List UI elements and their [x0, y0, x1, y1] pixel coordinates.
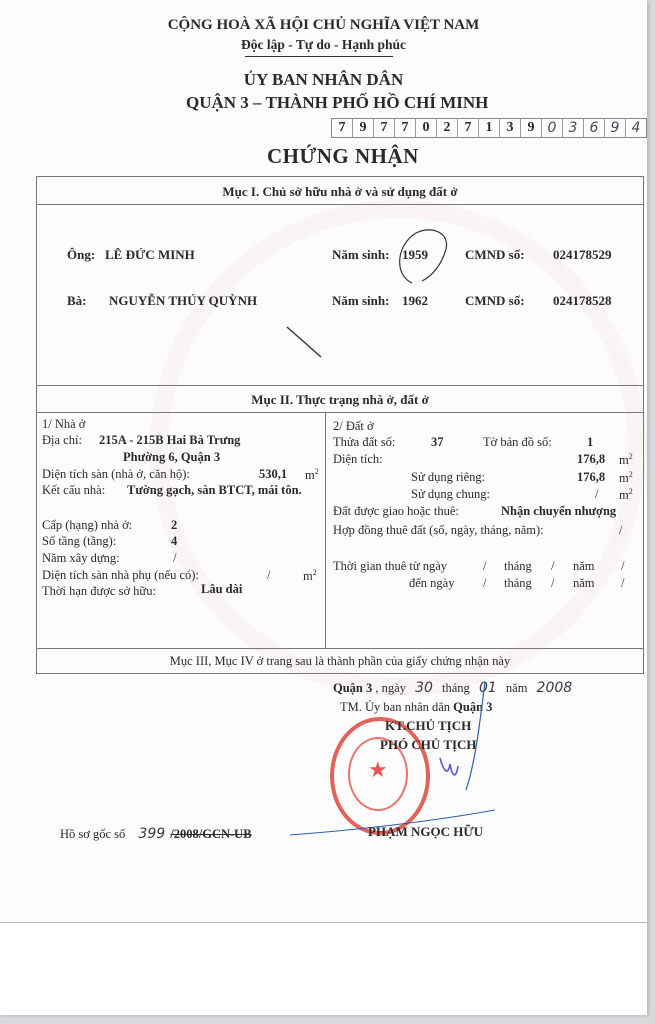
- lease-from-year: /: [621, 559, 624, 574]
- lease-from-month-label: tháng: [504, 559, 532, 574]
- lease-from-label: Thời gian thuê từ ngày: [333, 559, 447, 574]
- address-label: Địa chỉ:: [42, 433, 82, 448]
- owner-1-id-number: 024178529: [553, 247, 612, 263]
- section-3-4-note: Mục III, Mục IV ở trang sau là thành phầ…: [37, 654, 643, 669]
- ownership-term-label: Thời hạn được sở hữu:: [42, 584, 156, 599]
- divider: [37, 385, 643, 386]
- blue-ink-signature: [280, 680, 500, 840]
- private-use-value: 176,8: [577, 470, 605, 485]
- shared-use-label: Sử dụng chung:: [411, 487, 490, 502]
- lease-to-label: đến ngày: [409, 576, 454, 591]
- aux-area-unit: m2: [303, 568, 317, 584]
- serial-digit: 2: [437, 119, 458, 137]
- ownership-term-value: Lâu dài: [201, 582, 242, 597]
- lease-to-month-label: tháng: [504, 576, 532, 591]
- strike-mark: [285, 325, 325, 361]
- certificate-title: CHỨNG NHẬN: [267, 144, 419, 169]
- serial-digit: 0: [416, 119, 437, 137]
- divider: [37, 204, 643, 205]
- owner-2-prefix: Bà:: [67, 293, 87, 309]
- certificate-frame: Mục I. Chủ sở hữu nhà ở và sử dụng đất ở…: [36, 176, 644, 674]
- lease-to-day: /: [483, 576, 486, 591]
- column-divider: [325, 412, 326, 648]
- motto-underline: [245, 56, 393, 57]
- lease-to-year-label: năm: [573, 576, 595, 591]
- aux-area-label: Diện tích sàn nhà phụ (nếu có):: [42, 568, 199, 583]
- grade-value: 2: [171, 518, 177, 533]
- page-lower-margin: [0, 922, 647, 1015]
- structure-value: Tường gạch, sàn BTCT, mái tôn.: [127, 483, 302, 498]
- floor-area-label: Diện tích sàn (nhà ở, căn hộ):: [42, 467, 190, 482]
- allocation-value: Nhận chuyển nhượng: [501, 504, 616, 519]
- lease-contract-label: Hợp đồng thuê đất (số, ngày, tháng, năm)…: [333, 523, 544, 538]
- section-2-title: Mục II. Thực trạng nhà ở, đất ở: [37, 392, 643, 408]
- lease-from-month: /: [551, 559, 554, 574]
- file-reference: Hồ sơ gốc số 399 /2008/GCN-UB: [60, 826, 252, 842]
- lease-from-day: /: [483, 559, 486, 574]
- plot-label: Thửa đất số:: [333, 435, 395, 450]
- map-sheet-value: 1: [587, 435, 593, 450]
- serial-digit-handwritten: 4: [626, 119, 646, 137]
- lease-to-year: /: [621, 576, 624, 591]
- serial-digit: 7: [458, 119, 479, 137]
- serial-digit: 7: [395, 119, 416, 137]
- allocation-label: Đất được giao hoặc thuê:: [333, 504, 459, 519]
- serial-digit-handwritten: 3: [563, 119, 584, 137]
- build-year-label: Năm xây dựng:: [42, 551, 120, 566]
- grade-label: Cấp (hạng) nhà ở:: [42, 518, 132, 533]
- motto: Độc lập - Tự do - Hạnh phúc: [0, 37, 647, 53]
- serial-digit: 9: [353, 119, 374, 137]
- section-1-title: Mục I. Chủ sở hữu nhà ở và sử dụng đất ở: [37, 184, 643, 200]
- lease-contract-value: /: [619, 523, 622, 538]
- serial-digit: 7: [374, 119, 395, 137]
- owner-2-id-number: 024178528: [553, 293, 612, 309]
- serial-digit: 1: [479, 119, 500, 137]
- owner-1-name: LÊ ĐỨC MINH: [105, 247, 195, 263]
- address-line-1: 215A - 215B Hai Bà Trưng: [99, 433, 240, 448]
- floor-area-unit: m2: [305, 467, 319, 483]
- district-heading: QUẬN 3 – THÀNH PHỐ HỒ CHÍ MINH: [186, 93, 488, 113]
- owner-2-id-label: CMND số:: [465, 293, 525, 309]
- private-use-label: Sử dụng riêng:: [411, 470, 485, 485]
- serial-digit: 3: [500, 119, 521, 137]
- private-use-unit: m2: [619, 470, 633, 486]
- floor-area-value: 530,1: [259, 467, 287, 482]
- authority-heading: ỦY BAN NHÂN DÂN: [0, 70, 647, 90]
- address-line-2: Phường 6, Quận 3: [123, 450, 220, 465]
- serial-digit-handwritten: 6: [584, 119, 605, 137]
- shared-use-value: /: [595, 487, 598, 502]
- serial-digit: 9: [521, 119, 542, 137]
- owner-1-prefix: Ông:: [67, 247, 95, 263]
- signer-name: PHẠM NGỌC HỮU: [368, 824, 483, 840]
- country-heading: CỘNG HOÀ XÃ HỘI CHỦ NGHĨA VIỆT NAM: [0, 17, 647, 34]
- shared-use-unit: m2: [619, 487, 633, 503]
- aux-area-value: /: [267, 568, 270, 583]
- owner-1-id-label: CMND số:: [465, 247, 525, 263]
- floors-label: Số tầng (tầng):: [42, 534, 116, 549]
- plot-value: 37: [431, 435, 444, 450]
- structure-label: Kết cấu nhà:: [42, 483, 105, 498]
- lease-to-month: /: [551, 576, 554, 591]
- map-sheet-label: Tờ bản đồ số:: [483, 435, 552, 450]
- serial-digit-handwritten: 0: [542, 119, 563, 137]
- divider: [37, 412, 643, 413]
- owner-2-birth-year: 1962: [402, 293, 428, 309]
- floors-value: 4: [171, 534, 177, 549]
- owner-2-name: NGUYỄN THÚY QUỲNH: [109, 293, 257, 309]
- lease-from-year-label: năm: [573, 559, 595, 574]
- land-area-unit: m2: [619, 452, 633, 468]
- land-heading: 2/ Đất ở: [333, 419, 374, 434]
- owner-1-birth-label: Năm sinh:: [332, 247, 389, 263]
- certificate-page: CỘNG HOÀ XÃ HỘI CHỦ NGHĨA VIỆT NAM Độc l…: [0, 0, 647, 1014]
- divider: [37, 648, 643, 649]
- build-year-value: /: [173, 551, 176, 566]
- land-area-value: 176,8: [577, 452, 605, 467]
- owner-2-birth-label: Năm sinh:: [332, 293, 389, 309]
- house-heading: 1/ Nhà ở: [42, 417, 85, 432]
- serial-digit-handwritten: 9: [605, 119, 626, 137]
- serial-digit: 7: [332, 119, 353, 137]
- handwritten-circle-mark: [392, 225, 454, 285]
- serial-number-boxes: 797702713903694: [331, 118, 647, 138]
- land-area-label: Diện tích:: [333, 452, 383, 467]
